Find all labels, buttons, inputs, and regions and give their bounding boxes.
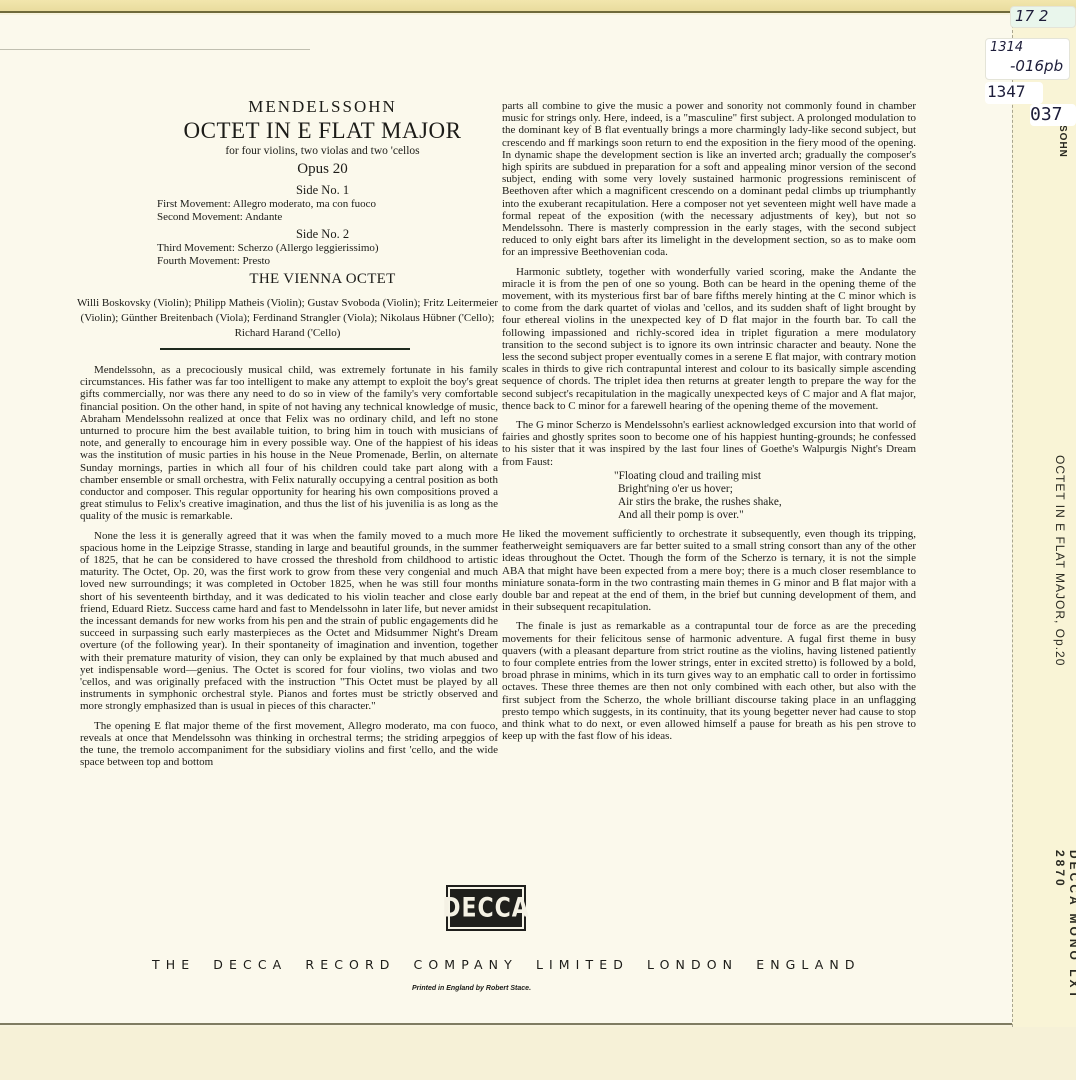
- company-line: THE DECCA RECORD COMPANY LIMITED LONDON …: [152, 957, 862, 972]
- sticker-label-top: 17 2: [1010, 6, 1076, 28]
- liner-notes-left-column: Mendelssohn, as a precociously musical c…: [80, 364, 498, 776]
- sleeve-bottom-edge: [0, 1027, 1076, 1080]
- sticker-suffix: 037: [1030, 104, 1076, 126]
- opus-number: Opus 20: [140, 159, 505, 179]
- paragraph: The G minor Scherzo is Mendelssohn's ear…: [502, 419, 916, 468]
- quote-line: "Floating cloud and trailing mist: [614, 470, 916, 483]
- decca-logo-text: DECCA: [442, 893, 530, 923]
- quote-line: Air stirs the brake, the rushes shake,: [614, 496, 916, 509]
- side-1-label: Side No. 1: [140, 183, 505, 198]
- movement-3: Third Movement: Scherzo (Allergo leggier…: [157, 242, 505, 255]
- personnel-list: Willi Boskovsky (Violin); Philipp Mathei…: [75, 296, 500, 341]
- divider-rule: [160, 348, 410, 350]
- composer-name: MENDELSSOHN: [140, 97, 505, 117]
- paragraph: Harmonic subtlety, together with wonderf…: [502, 266, 916, 412]
- paragraph: None the less it is generally agreed tha…: [80, 530, 498, 713]
- quote-line: And all their pomp is over.": [614, 509, 916, 522]
- side-2-movements: Third Movement: Scherzo (Allergo leggier…: [140, 242, 505, 267]
- ensemble-name: THE VIENNA OCTET: [140, 270, 505, 289]
- liner-notes-right-column: parts all combine to give the music a po…: [502, 100, 916, 749]
- goethe-quote: "Floating cloud and trailing mist Bright…: [502, 470, 916, 522]
- title-block: MENDELSSOHN OCTET IN E FLAT MAJOR for fo…: [140, 97, 505, 289]
- crease-line: [0, 49, 310, 50]
- instrumentation: for four violins, two violas and two 'ce…: [140, 145, 505, 158]
- side-1-movements: First Movement: Allegro moderato, ma con…: [140, 198, 505, 223]
- paragraph: parts all combine to give the music a po…: [502, 100, 916, 259]
- decca-logo: DECCA: [446, 885, 526, 931]
- sticker-code-line-1: 1314: [990, 39, 1069, 57]
- movement-2: Second Movement: Andante: [157, 211, 505, 224]
- quote-line: Bright'ning o'er us hover;: [614, 483, 916, 496]
- side-2-label: Side No. 2: [140, 227, 505, 242]
- printer-credit: Printed in England by Robert Stace.: [412, 985, 612, 992]
- paragraph: He liked the movement sufficiently to or…: [502, 528, 916, 613]
- sleeve-spine: SOHN OCTET IN E FLAT MAJOR, Op.20 DECCA …: [1012, 15, 1076, 1027]
- movement-1: First Movement: Allegro moderato, ma con…: [157, 198, 505, 211]
- paragraph: The finale is just as remarkable as a co…: [502, 620, 916, 742]
- spine-title: OCTET IN E FLAT MAJOR, Op.20: [1053, 455, 1067, 666]
- movement-4: Fourth Movement: Presto: [157, 255, 505, 268]
- sticker-label-code: 1314 -016pb: [985, 38, 1070, 80]
- sticker-code-line-2: -016pb: [990, 57, 1069, 75]
- sleeve-top-edge: [0, 0, 1076, 13]
- spine-catalogue-number: DECCA MONO LXT 2870: [1053, 850, 1076, 1027]
- paragraph: The opening E flat major theme of the fi…: [80, 720, 498, 769]
- sticker-number: 1347: [985, 82, 1043, 104]
- paragraph: Mendelssohn, as a precociously musical c…: [80, 364, 498, 523]
- spine-composer: SOHN: [1057, 125, 1068, 158]
- work-title: OCTET IN E FLAT MAJOR: [140, 117, 505, 145]
